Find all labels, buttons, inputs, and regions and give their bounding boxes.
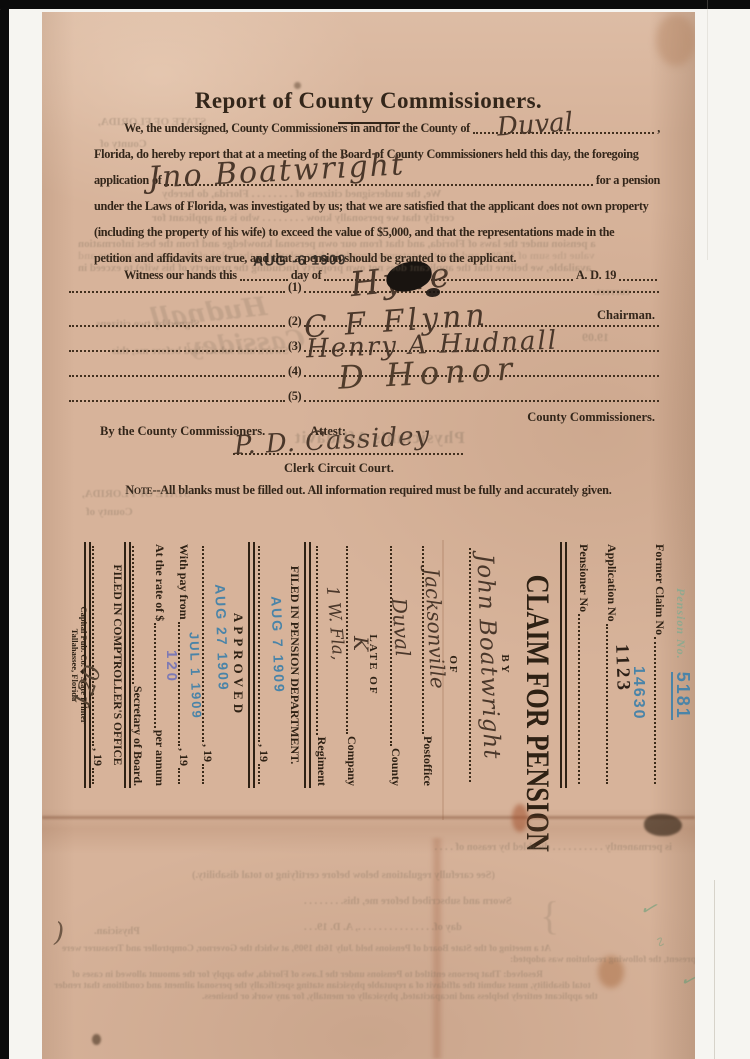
dotted-leader [422,546,424,734]
filed-date-stamp: AUG 7 1909 [268,596,287,694]
dotted-leader [258,546,260,742]
paragraph-line-3-end: for a pension [596,173,660,188]
postoffice-label: Postoffice [420,736,435,786]
dotted-leader [92,546,94,746]
approved-date-stamp: AUG 27 1909 [212,584,232,692]
secretary-of-board-label: Secretary of Board. [130,686,145,786]
bleedthrough-line: correct. [594,286,630,298]
with-pay-from-label: With pay from [176,544,191,620]
bleedthrough-line: County of [86,506,133,518]
signature-4: D Honor [337,349,519,396]
scanner-crease-2 [707,0,708,260]
bleedthrough-line: is permanently . . . . . . . . . . disab… [62,842,672,853]
dotted-leader [654,637,656,784]
dotted-leader [92,768,94,784]
dotted-leader [606,624,608,784]
bleedthrough-line: Physician. [94,926,140,937]
row-number-5: (5) [288,389,301,404]
dotted-leader [178,768,180,784]
corner-stain [656,14,695,66]
panel-rule [248,542,255,788]
bleedthrough-line: 19.09 [582,330,609,345]
filed-comptroller-label: FILED IN COMPTROLLER'S OFFICE [111,540,123,790]
dotted-leader [132,546,134,684]
bleedthrough-line: (See carefully regulations below before … [192,870,495,881]
panel-rule [124,542,131,788]
year-19-text: , 19 [176,748,191,766]
regiment-label: Regiment [314,737,329,786]
form-title: Report of County Commissioners. [42,88,695,114]
bleedthrough-heading: Physician's Affidavit [294,428,465,448]
scanner-crease [714,880,715,1059]
dark-crease-blob [644,814,682,836]
scanner-frame-top [0,0,750,9]
bleedthrough-bracket: } [540,892,559,939]
dotted-leader [619,279,657,281]
row-number-4: (4) [288,364,301,379]
panel-rule [560,542,567,788]
pensioner-no-label: Pensioner No [576,544,591,612]
approved-label: APPROVED [230,540,246,790]
green-pencil-mark: ∿ [650,932,670,953]
printer-name: Capital Pub. Co. [79,606,89,666]
bleedthrough-line: present, the following resolution was ad… [510,955,695,965]
clerk-signature-line [233,453,463,455]
green-pencil-mark: ✓✓ [677,965,695,999]
bleedthrough-line: value the sum of $5,000, and that the st… [78,250,595,262]
row-number-1: (1) [288,280,301,295]
year-19-text: , 19 [200,744,215,762]
dotted-leader [69,400,285,402]
pension-no-stamp-label: Pension No. [674,588,688,660]
bleedthrough-line: STATE OF FLORIDA, [98,116,206,128]
bleedthrough-line: County of [100,138,147,150]
pension-no-stamp-value: 5181 [671,672,693,720]
filed-pension-dept-label: FILED IN PENSION DEPARTMENT. [287,540,302,790]
bleedthrough-line: At a meeting of the State Board of Pensi… [62,944,551,954]
printer-city: Tallahassee, Florida [71,540,80,790]
rate-amount-stamp: 120 [163,650,180,684]
bleedthrough-line: available, we believe that the applicant… [78,262,591,274]
late-of-label: LATE OF [367,540,379,790]
rust-stain [512,804,528,832]
application-no-stamp: 1123 [610,644,634,694]
claim-for-pension-panel: Pension No. 5181 Former Claim No 14630 A… [73,540,693,790]
company-label: Company [344,736,359,786]
bleedthrough-line: Resolved: That persons entitled to Pensi… [72,970,543,980]
pay-from-date-stamp: JUL 1 1909 [186,632,204,720]
application-no-label: Application No [604,544,619,622]
bleedthrough-line: Sworn and subscribed before me, this. . … [304,896,512,907]
dotted-leader [578,614,580,784]
speck [92,1034,101,1045]
bleedthrough-line: We, the undersigned citizens of . . . . … [162,188,441,200]
note-text: --All blanks must be filled out. All inf… [152,483,611,497]
dotted-leader [240,279,288,281]
rate-label-post: per annum [152,730,167,786]
scanned-document-page: Report of County Commissioners. We, the … [0,0,750,1059]
vertical-fold-upper [442,540,444,820]
speck [294,82,301,89]
dotted-leader [202,764,204,784]
bleedthrough-line: certify that we personally know . . . . … [152,212,454,224]
former-claim-label: Former Claim No [652,544,667,635]
bleedthrough-line: total disability, must submit the affida… [54,981,591,991]
county-label: County [388,748,403,786]
handwritten-county: Duval [496,107,574,142]
year-19-text: , 19 [90,748,105,766]
bleedthrough-line: a pension under the laws of Florida, and… [78,238,596,250]
dotted-leader [154,623,156,728]
dotted-leader [258,764,260,784]
bleedthrough-line: STATE OF FLORIDA, [82,488,190,500]
bleedthrough-line: the applicant entirely helpless and inca… [202,992,598,1002]
clerk-title-label: Clerk Circuit Court. [284,461,394,476]
dotted-leader [390,546,392,746]
document-paper: Report of County Commissioners. We, the … [42,12,695,1059]
rate-label-pre: At the rate of $ [152,544,167,621]
dotted-leader [69,375,285,377]
name-line [469,548,471,782]
dotted-leader [304,400,659,402]
panel-rule [304,542,311,788]
fold-crease-line [42,816,695,819]
scanner-frame-left [0,6,9,1059]
dotted-leader [316,546,318,735]
bleedthrough-line: day of. . . . . . . . . . . . . . ., A. … [304,922,462,933]
green-pencil-mark: ✓ [637,894,659,922]
county-commissioners-label: County Commissioners. [527,410,655,425]
year-19-text: , 19 [256,744,271,762]
paragraph-line-1-comma: , [657,121,660,136]
